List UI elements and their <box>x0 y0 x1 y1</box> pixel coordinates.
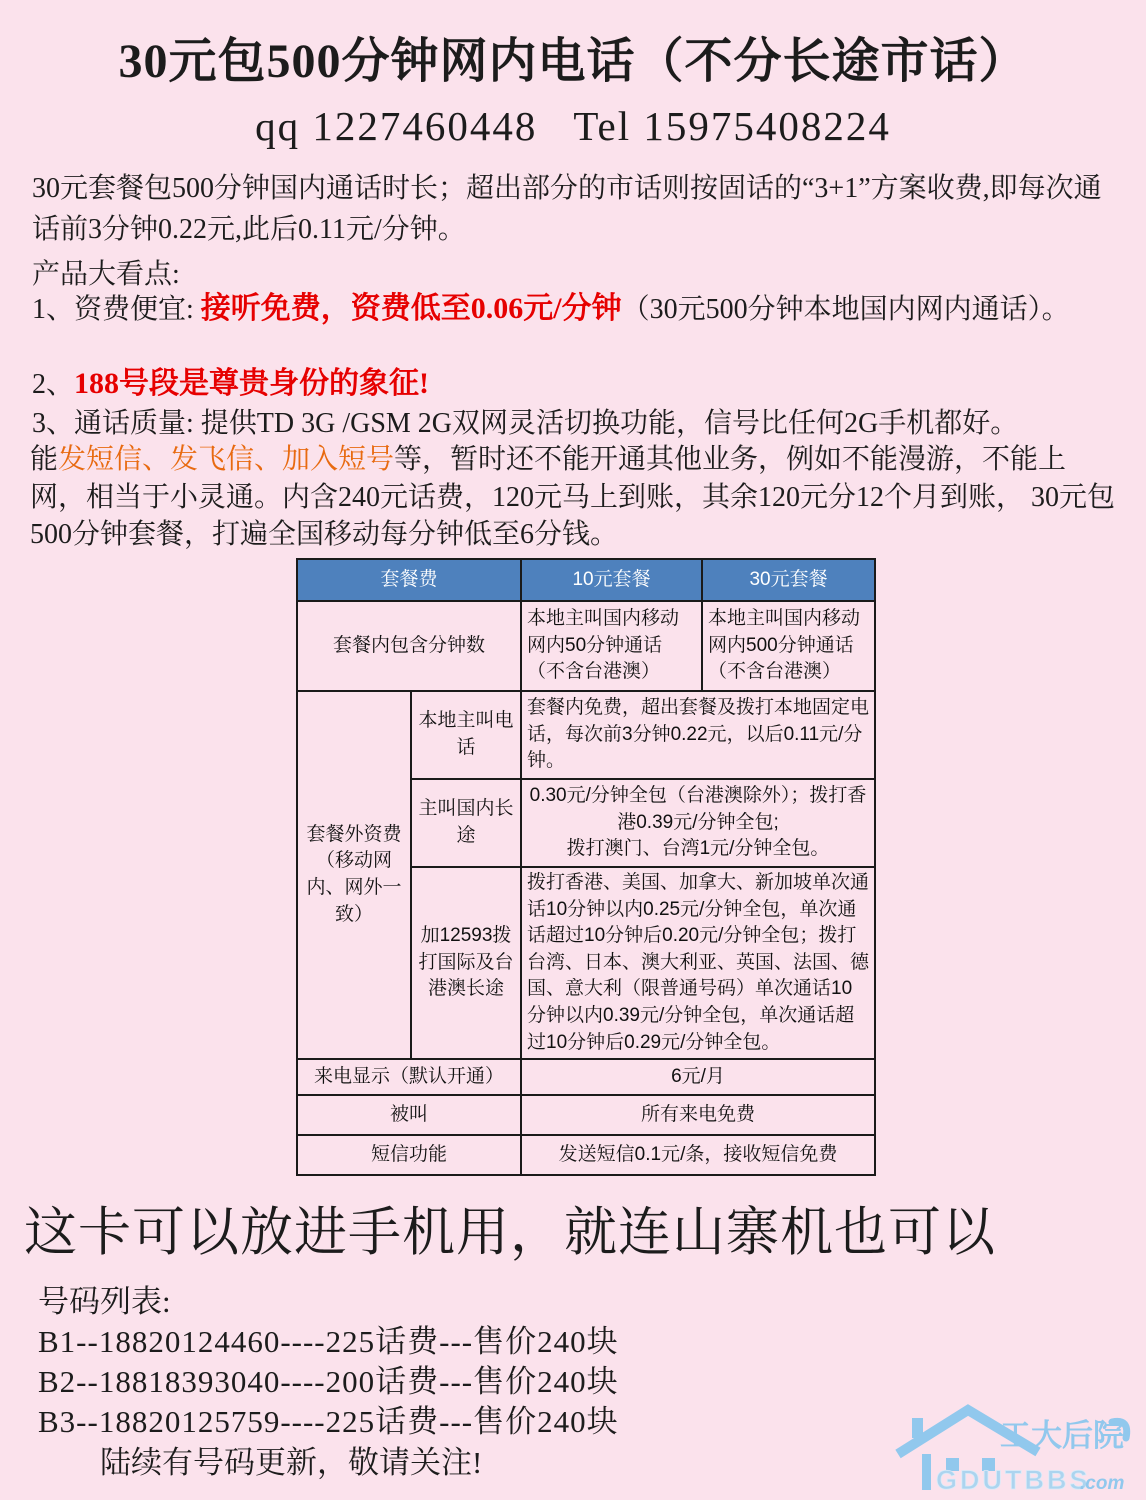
domestic-value-cell: 0.30元/分钟全包（台港澳除外）；拨打香港0.39元/分钟全包; 拨打澳门、台… <box>521 779 875 867</box>
caller-id-row: 来电显示（默认开通） 6元/月 <box>297 1059 875 1095</box>
watermark-site-name: 工大后院 <box>1000 1418 1124 1453</box>
big-claim-text: 这卡可以放进手机用，就连山寨机也可以 <box>24 1190 996 1266</box>
point1-prefix: 1、资费便宜: <box>32 294 201 325</box>
point2-red-highlight: 188号段是尊贵身份的象征! <box>74 367 429 400</box>
number-list-item-3: B3--18820125759----225话费---售价240块 <box>38 1402 619 1442</box>
point1-red-highlight: 接听免费，资费低至0.06元/分钟 <box>201 292 622 325</box>
note-orange-highlight: 发短信、发飞信、加入短号 <box>58 444 394 475</box>
flyer-page: 30元包500分钟网内电话（不分长途市话） qq 1227460448 Tel … <box>0 0 1146 1500</box>
incoming-value-cell: 所有来电免费 <box>521 1095 875 1135</box>
header-cell-fee: 套餐费 <box>297 559 521 601</box>
contact-line: qq 1227460448 Tel 15975408224 <box>0 102 1146 150</box>
number-list-heading: 号码列表: <box>38 1282 619 1322</box>
number-list: 号码列表: B1--18820124460----225话费---售价240块 … <box>38 1282 619 1484</box>
watermark-site-tld: .com <box>1080 1473 1124 1494</box>
caller-id-label-cell: 来电显示（默认开通） <box>297 1059 521 1095</box>
watermark-site-domain: GDUTBBS <box>936 1465 1091 1495</box>
out-of-plan-group-label-cell: 套餐外资费（移动网内、网外一致） <box>297 691 411 1059</box>
international-value-cell: 拨打香港、美国、加拿大、新加坡单次通话10分钟以内0.25元/分钟全包，单次通话… <box>521 867 875 1059</box>
domestic-label-cell: 主叫国内长途 <box>411 779 521 867</box>
incoming-row: 被叫 所有来电免费 <box>297 1095 875 1135</box>
selling-points-heading: 产品大看点: <box>32 252 180 292</box>
header-cell-plan10: 10元套餐 <box>521 559 702 601</box>
local-call-row: 套餐外资费（移动网内、网外一致） 本地主叫电话 套餐内免费，超出套餐及拨打本地固… <box>297 691 875 779</box>
house-icon: 工大后院 GDUTBBS .com <box>892 1394 1144 1496</box>
intro-paragraph: 30元套餐包500分钟国内通话时长；超出部分的市话则按固话的“3+1”方案收费,… <box>32 168 1120 250</box>
plan-table-header-row: 套餐费 10元套餐 30元套餐 <box>297 559 875 601</box>
services-note: 能发短信、发飞信、加入短号等，暂时还不能开通其他业务，例如不能漫游，不能上网，相… <box>30 441 1122 554</box>
sms-row: 短信功能 发送短信0.1元/条，接收短信免费 <box>297 1135 875 1175</box>
minutes-plan10-cell: 本地主叫国内移动网内50分钟通话（不含台港澳） <box>521 601 702 691</box>
update-note: 陆续有号码更新，敬请关注! <box>38 1442 619 1484</box>
sms-label-cell: 短信功能 <box>297 1135 521 1175</box>
point2-prefix: 2、 <box>32 369 74 400</box>
selling-point-1: 1、资费便宜: 接听免费，资费低至0.06元/分钟（30元500分钟本地国内网内… <box>32 289 1106 330</box>
plan-table: 套餐费 10元套餐 30元套餐 套餐内包含分钟数 本地主叫国内移动网内50分钟通… <box>296 558 876 1176</box>
number-list-item-2: B2--18818393040----200话费---售价240块 <box>38 1362 619 1402</box>
incoming-label-cell: 被叫 <box>297 1095 521 1135</box>
local-call-value-cell: 套餐内免费，超出套餐及拨打本地固定电话，每次前3分钟0.22元，以后0.11元/… <box>521 691 875 779</box>
minutes-plan30-cell: 本地主叫国内移动网内500分钟通话（不含台港澳） <box>702 601 875 691</box>
number-list-item-1: B1--18820124460----225话费---售价240块 <box>38 1322 619 1362</box>
international-label-cell: 加12593拨打国际及台港澳长途 <box>411 867 521 1059</box>
note-prefix: 能 <box>30 444 58 475</box>
selling-point-2: 2、188号段是尊贵身份的象征! <box>32 364 1106 405</box>
header-cell-plan30: 30元套餐 <box>702 559 875 601</box>
site-watermark: 工大后院 GDUTBBS .com <box>892 1394 1144 1496</box>
selling-point-3: 3、通话质量: 提供TD 3G /GSM 2G双网灵活切换功能，信号比任何2G手… <box>32 404 1106 444</box>
sms-value-cell: 发送短信0.1元/条，接收短信免费 <box>521 1135 875 1175</box>
caller-id-value-cell: 6元/月 <box>521 1059 875 1095</box>
page-title: 30元包500分钟网内电话（不分长途市话） <box>0 22 1146 91</box>
minutes-row: 套餐内包含分钟数 本地主叫国内移动网内50分钟通话（不含台港澳） 本地主叫国内移… <box>297 601 875 691</box>
minutes-label-cell: 套餐内包含分钟数 <box>297 601 521 691</box>
local-call-label-cell: 本地主叫电话 <box>411 691 521 779</box>
point1-suffix: （30元500分钟本地国内网内通话）。 <box>622 294 1070 325</box>
